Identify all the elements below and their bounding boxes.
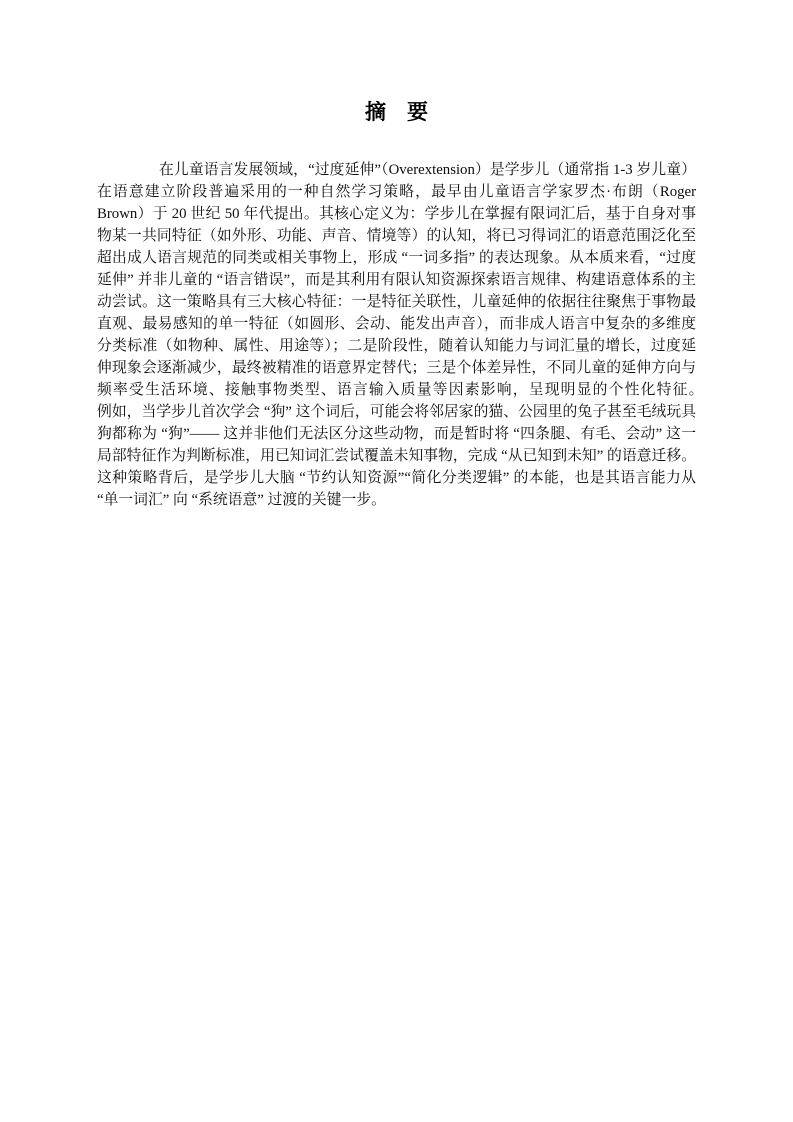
page-title: 摘 要 bbox=[97, 99, 696, 125]
abstract-paragraph: 在儿童语言发展领域，“过度延伸”（Overextension）是学步儿（通常指 … bbox=[97, 159, 696, 511]
document-page: 摘 要 在儿童语言发展领域，“过度延伸”（Overextension）是学步儿（… bbox=[0, 0, 793, 1122]
